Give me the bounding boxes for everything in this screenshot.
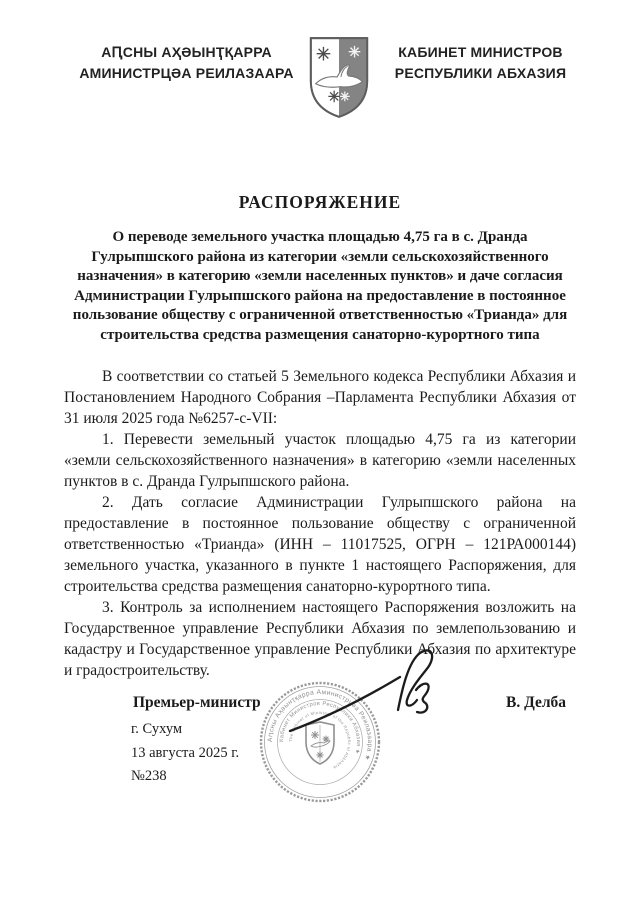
subject-line: Гулрыпшского района из категории «земли …	[70, 248, 570, 268]
doc-title: РАСПОРЯЖЕНИЕ	[0, 192, 640, 213]
signature-city: г. Сухум	[131, 721, 182, 738]
org-name-abkhaz-line1: АԤСНЫ АҲӘЫНҬҚАРРА	[64, 42, 309, 63]
org-name-russian-line1: КАБИНЕТ МИНИСТРОВ	[373, 42, 588, 63]
subject-line: строительства средства размещения санато…	[70, 326, 570, 346]
doc-subject: О переводе земельного участка площадью 4…	[70, 228, 570, 345]
org-name-russian-line2: РЕСПУБЛИКИ АБХАЗИЯ	[373, 63, 588, 84]
subject-line: О переводе земельного участка площадью 4…	[70, 228, 570, 248]
subject-line: пользование обществу с ограниченной отве…	[70, 306, 570, 326]
org-name-russian: КАБИНЕТ МИНИСТРОВ РЕСПУБЛИКИ АБХАЗИЯ	[373, 42, 588, 84]
org-name-abkhaz: АԤСНЫ АҲӘЫНҬҚАРРА АМИНИСТРЦӘА РЕИЛАЗААРА	[64, 42, 309, 84]
signature-post: Премьер-министр	[133, 694, 261, 712]
document-number: №238	[131, 768, 167, 785]
signature-date: 13 августа 2025 г.	[131, 745, 239, 762]
org-name-abkhaz-line2: АМИНИСТРЦӘА РЕИЛАЗААРА	[64, 63, 309, 84]
item-1-paragraph: 1. Перевести земельный участок площадью …	[64, 429, 576, 492]
coat-of-arms-icon	[305, 32, 373, 120]
document-page: АԤСНЫ АҲӘЫНҬҚАРРА АМИНИСТРЦӘА РЕИЛАЗААРА…	[0, 0, 640, 905]
preamble-paragraph: В соответствии со статьей 5 Земельного к…	[64, 366, 576, 429]
subject-line: назначения» в категорию «земли населенны…	[70, 267, 570, 287]
signature-name: В. Делба	[506, 694, 566, 712]
item-2-paragraph: 2. Дать согласие Администрации Гулрыпшск…	[64, 492, 576, 597]
signature-scrawl	[270, 630, 455, 755]
subject-line: Администрации Гулрыпшского района на пре…	[70, 287, 570, 307]
